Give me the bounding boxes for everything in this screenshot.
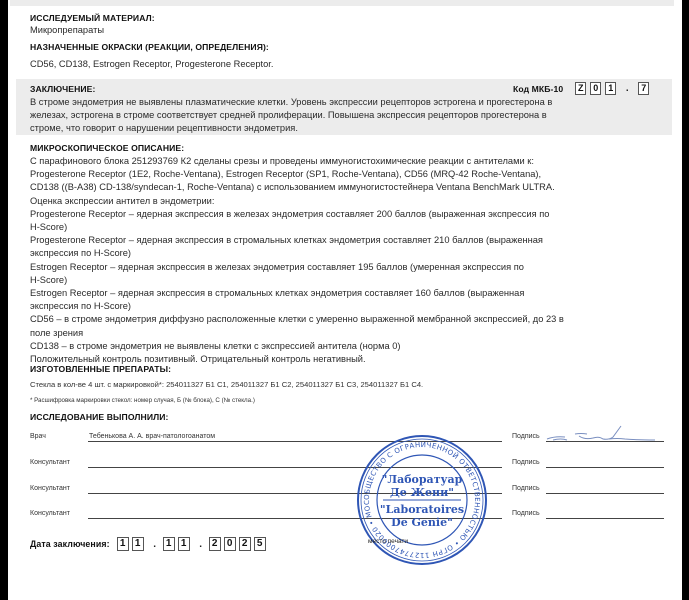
signature-label: Подпись: [512, 459, 540, 466]
microscopy-line: С парафинового блока 251293769 К2 сделан…: [30, 155, 670, 168]
microscopy-line: Progesterone Receptor – ядерная экспресс…: [30, 208, 670, 221]
microscopy-line: Estrogen Receptor – ядерная экспрессия в…: [30, 261, 670, 274]
date-digit-box: 2: [239, 537, 251, 551]
date-label: Дата заключения:: [30, 539, 110, 549]
doctor-name: Тебенькова А. А. врач-патологоанатом: [89, 433, 215, 440]
icd-char-box: 7: [638, 82, 649, 95]
microscopy-text: С парафинового блока 251293769 К2 сделан…: [30, 155, 670, 366]
date-separator: .: [147, 539, 163, 550]
microscopy-line: CD138 – в строме эндометрия не выявлены …: [30, 340, 670, 353]
icd-dot: .: [616, 83, 638, 94]
signature-label: Подпись: [512, 510, 540, 517]
microscopy-line: CD56 – в строме эндометрия диффузно расп…: [30, 313, 670, 326]
preparations-heading: ИЗГОТОВЛЕННЫЕ ПРЕПАРАТЫ:: [30, 364, 171, 374]
top-header-band: [10, 0, 674, 6]
handwritten-signature-icon: [545, 424, 665, 446]
icd-char-box: 1: [605, 82, 616, 95]
icd-char-box: 0: [590, 82, 601, 95]
role-label: Консультант: [30, 485, 70, 492]
date-digit-box: 0: [224, 537, 236, 551]
date-separator: .: [193, 539, 209, 550]
microscopy-line: экспрессия по H-Score): [30, 300, 670, 313]
icd-label: Код МКБ-10: [513, 84, 563, 94]
icd-code-group: Код МКБ-10 Z 0 1 . 7: [513, 82, 649, 95]
stamp-place-label: место печати: [368, 538, 408, 545]
conclusion-line: железах, эстрогена в строме соответствуе…: [30, 109, 670, 122]
microscopy-line: Progesterone Receptor (1E2, Roche-Ventan…: [30, 168, 670, 181]
conclusion-text: В строме эндометрия не выявлены плазмати…: [30, 96, 670, 136]
icd-char-box: Z: [575, 82, 586, 95]
microscopy-line: Progesterone Receptor – ядерная экспресс…: [30, 234, 670, 247]
role-label: Врач: [30, 433, 46, 440]
svg-text:Де Жени": Де Жени": [390, 486, 454, 499]
svg-text:"Laboratoires: "Laboratoires: [380, 503, 464, 516]
microscopy-line: H-Score): [30, 221, 670, 234]
svg-text:De Genie": De Genie": [391, 516, 453, 529]
stains-value: CD56, CD138, Estrogen Receptor, Progeste…: [30, 58, 273, 71]
preparations-footnote: * Расшифровка маркировки стекол: номер с…: [30, 397, 255, 404]
date-digit-box: 1: [163, 537, 175, 551]
signature-line: [546, 467, 664, 468]
signature-label: Подпись: [512, 485, 540, 492]
microscopy-line: экспрессия по H-Score): [30, 247, 670, 260]
role-label: Консультант: [30, 510, 70, 517]
microscopy-line: CD138 ((B-A38) CD-138/syndecan-1, Roche-…: [30, 181, 670, 194]
conclusion-date: Дата заключения: 1 1 . 1 1 . 2 0 2 5: [30, 537, 269, 551]
signature-line: [546, 493, 664, 494]
material-value: Микропрепараты: [30, 24, 104, 37]
conclusion-line: строме, что говорит о нарушении рецептив…: [30, 122, 670, 135]
organization-stamp-icon: ОБЩЕСТВО С ОГРАНИЧЕННОЙ ОТВЕТСТВЕННОСТЬЮ…: [355, 433, 489, 567]
role-label: Консультант: [30, 459, 70, 466]
signature-label: Подпись: [512, 433, 540, 440]
date-digit-box: 1: [117, 537, 129, 551]
microscopy-line: Estrogen Receptor – ядерная экспрессия в…: [30, 287, 670, 300]
date-digit-box: 1: [132, 537, 144, 551]
conclusion-heading: ЗАКЛЮЧЕНИЕ:: [30, 84, 95, 94]
performed-by-heading: ИССЛЕДОВАНИЕ ВЫПОЛНИЛИ:: [30, 412, 168, 422]
microscopy-line: Оценка экспрессии антител в эндометрии:: [30, 195, 670, 208]
stains-heading: НАЗНАЧЕННЫЕ ОКРАСКИ (РЕАКЦИИ, ОПРЕДЕЛЕНИ…: [30, 42, 269, 52]
signature-line: [546, 518, 664, 519]
preparations-value: Стекла в кол-ве 4 шт. с маркировкой*: 25…: [30, 380, 423, 389]
date-digit-box: 5: [254, 537, 266, 551]
microscopy-line: поле зрения: [30, 327, 670, 340]
microscopy-heading: МИКРОСКОПИЧЕСКОЕ ОПИСАНИЕ:: [30, 143, 184, 153]
microscopy-line: H-Score): [30, 274, 670, 287]
conclusion-line: В строме эндометрия не выявлены плазмати…: [30, 96, 670, 109]
date-digit-box: 1: [178, 537, 190, 551]
material-heading: ИССЛЕДУЕМЫЙ МАТЕРИАЛ:: [30, 13, 155, 23]
date-digit-box: 2: [209, 537, 221, 551]
svg-text:"Лаборатуар: "Лаборатуар: [382, 473, 463, 486]
